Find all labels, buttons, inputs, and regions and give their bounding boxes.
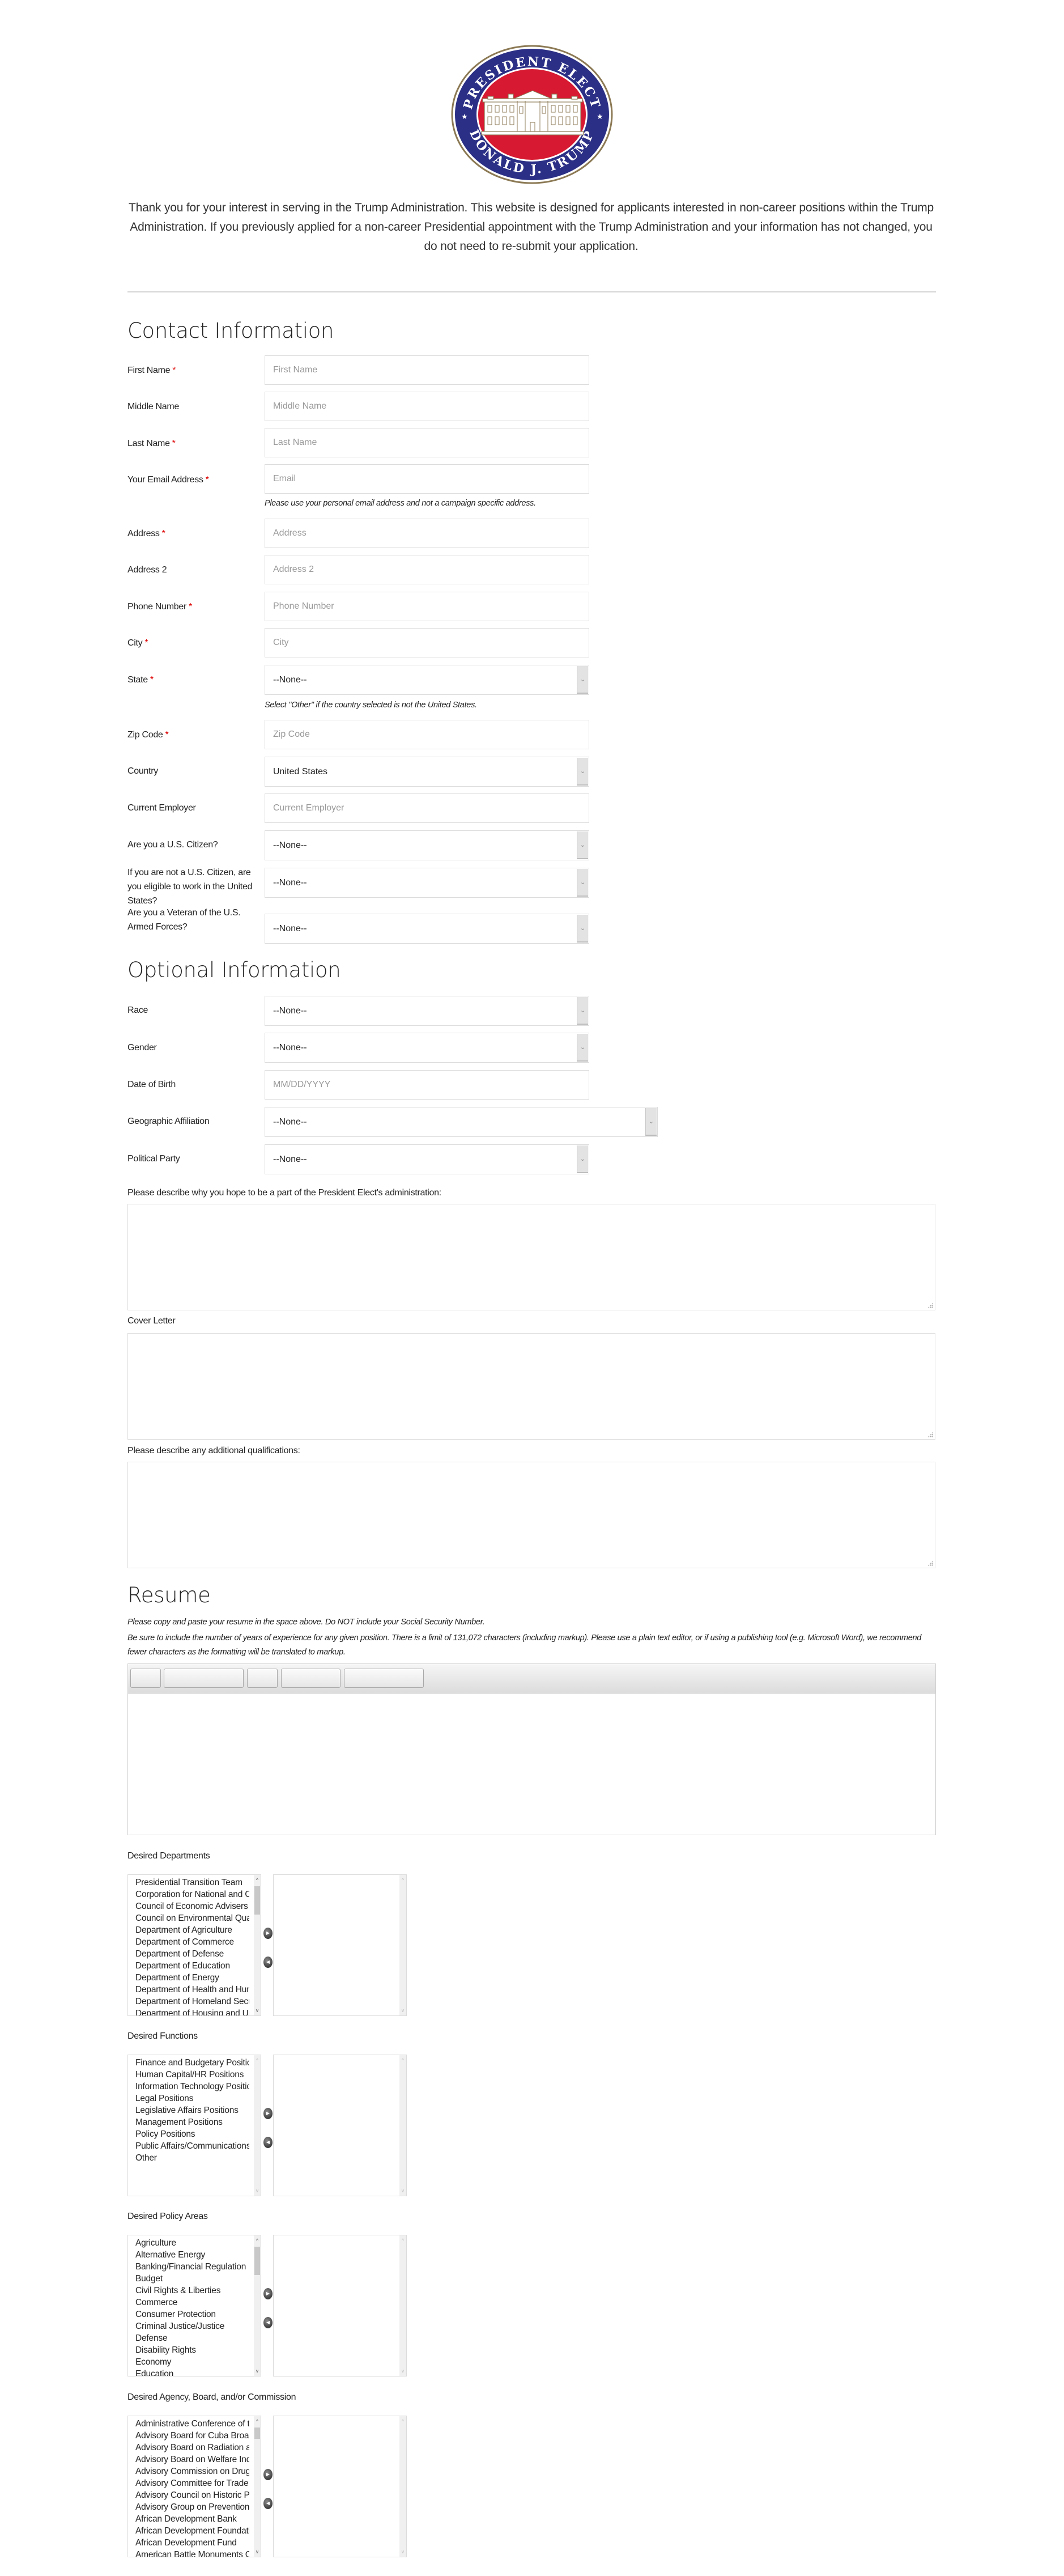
resume-note-ssn: Please copy and paste your resume in the… <box>127 1618 935 1627</box>
desired-functions-available-list[interactable]: Finance and Budgetary PositionsHuman Cap… <box>127 2055 261 2196</box>
country-label: Country <box>127 764 158 778</box>
list-option[interactable]: Policy Positions <box>135 2128 249 2140</box>
last-name-input[interactable]: Last Name <box>265 428 589 457</box>
scroll-down-icon[interactable]: v <box>254 2187 261 2195</box>
list-option[interactable]: Legislative Affairs Positions <box>135 2104 249 2116</box>
move-right-button[interactable]: ▶ <box>263 2288 273 2299</box>
president-elect-seal-logo: PRESIDENT ELECT DONALD J. TRUMP ★ ★ <box>450 44 614 185</box>
scrollbar[interactable]: ^v <box>399 2235 406 2376</box>
desired-policy-areas-available-list[interactable]: AgricultureAlternative EnergyBanking/Fin… <box>127 2235 261 2376</box>
desired-functions-selected-list[interactable]: ^v <box>273 2055 407 2196</box>
chevron-down-icon: ⌄ <box>577 997 588 1025</box>
country-select[interactable]: United States⌄ <box>265 757 589 787</box>
citizen-select[interactable]: --None--⌄ <box>265 830 589 860</box>
list-option[interactable]: Department of Housing and Urban Developm… <box>135 2008 249 2015</box>
desired-policy-areas-label: Desired Policy Areas <box>127 2209 208 2223</box>
list-option[interactable]: Department of Energy <box>135 1972 249 1984</box>
why-label: Please describe why you hope to be a par… <box>127 1186 441 1200</box>
list-option[interactable]: Human Capital/HR Positions <box>135 2069 249 2081</box>
list-option[interactable]: Civil Rights & Liberties <box>135 2285 249 2297</box>
state-hint: Select "Other" if the country selected i… <box>265 701 477 710</box>
list-option[interactable]: Commerce <box>135 2297 249 2308</box>
list-option[interactable]: Other <box>135 2152 249 2164</box>
desired-agency-board-and-or-commission-selected-list[interactable]: ^v <box>273 2416 407 2557</box>
scroll-up-icon[interactable]: ^ <box>254 2417 261 2425</box>
list-option[interactable]: Economy <box>135 2356 249 2368</box>
city-label: City* <box>127 636 148 650</box>
scroll-down-icon[interactable]: v <box>399 2006 406 2014</box>
race-label: Race <box>127 1003 148 1017</box>
list-option[interactable]: Department of Homeland Security <box>135 1996 249 2008</box>
list-option[interactable]: Advisory Council on Historic Preservatio… <box>135 2489 249 2501</box>
dob-input[interactable]: MM/DD/YYYY <box>265 1070 589 1100</box>
scrollbar[interactable]: ^v <box>399 1875 406 2015</box>
list-option[interactable]: Agriculture <box>135 2237 249 2249</box>
middle-name-label: Middle Name <box>127 400 179 414</box>
gender-label: Gender <box>127 1041 157 1055</box>
desired-policy-areas-selected-list[interactable]: ^v <box>273 2235 407 2376</box>
email-label: Your Email Address* <box>127 473 209 487</box>
editor-toolbar-button[interactable] <box>164 1669 244 1688</box>
scroll-up-icon[interactable]: ^ <box>254 2056 261 2064</box>
move-right-button[interactable]: ▶ <box>263 1928 273 1939</box>
state-label: State* <box>127 673 154 687</box>
scrollbar[interactable]: ^v <box>254 2055 261 2196</box>
qualifications-label: Please describe any additional qualifica… <box>127 1444 300 1458</box>
move-left-button[interactable]: ◀ <box>263 2137 273 2148</box>
scroll-thumb[interactable] <box>254 2247 260 2275</box>
middle-name-input[interactable]: Middle Name <box>265 392 589 421</box>
resume-rich-text-editor[interactable] <box>127 1663 936 1835</box>
move-left-button[interactable]: ◀ <box>263 2317 273 2328</box>
veteran-select[interactable]: --None--⌄ <box>265 914 589 944</box>
editor-toolbar-button[interactable] <box>130 1669 161 1688</box>
arrow-right-icon: ▶ <box>266 1931 270 1936</box>
move-right-button[interactable]: ▶ <box>263 2469 273 2480</box>
resize-grip-icon[interactable] <box>927 1302 933 1308</box>
city-input[interactable]: City <box>265 628 589 657</box>
resize-grip-icon[interactable] <box>927 1432 933 1437</box>
race-select[interactable]: --None--⌄ <box>265 996 589 1026</box>
scroll-thumb[interactable] <box>254 2428 260 2439</box>
list-option[interactable]: Public Affairs/Communications Positions <box>135 2140 249 2152</box>
scroll-down-icon[interactable]: v <box>399 2548 406 2556</box>
scroll-down-icon[interactable]: v <box>254 2006 261 2014</box>
svg-text:★: ★ <box>461 112 468 121</box>
chevron-down-icon: ⌄ <box>577 1034 588 1062</box>
desired-departments-selected-list[interactable]: ^v <box>273 1874 407 2016</box>
email-hint: Please use your personal email address a… <box>265 499 536 508</box>
scroll-up-icon[interactable]: ^ <box>254 2237 261 2244</box>
chevron-down-icon: ⌄ <box>577 869 588 897</box>
eligible-select[interactable]: --None--⌄ <box>265 868 589 898</box>
arrow-left-icon: ◀ <box>266 2320 270 2325</box>
list-option[interactable]: Alternative Energy <box>135 2249 249 2261</box>
address2-input[interactable]: Address 2 <box>265 555 589 584</box>
list-option[interactable]: Council on Environmental Quality <box>135 1912 249 1924</box>
veteran-label: Are you a Veteran of the U.S. Armed Forc… <box>127 906 255 934</box>
list-option[interactable]: Banking/Financial Regulation <box>135 2261 249 2273</box>
scroll-down-icon[interactable]: v <box>254 2548 261 2556</box>
scrollbar[interactable]: ^v <box>399 2416 406 2557</box>
editor-toolbar <box>128 1664 935 1694</box>
party-select[interactable]: --None--⌄ <box>265 1144 589 1174</box>
divider <box>127 291 936 292</box>
list-option[interactable]: African Development Foundation, Board of… <box>135 2525 249 2537</box>
scroll-up-icon[interactable]: ^ <box>399 2056 406 2064</box>
phone-label: Phone Number* <box>127 600 192 614</box>
list-option[interactable]: African Development Fund <box>135 2537 249 2549</box>
scrollbar[interactable]: ^v <box>254 2235 261 2376</box>
list-option[interactable]: Advisory Commission on Drug-Free Communi… <box>135 2465 249 2477</box>
editor-toolbar-button[interactable] <box>247 1669 278 1688</box>
arrow-right-icon: ▶ <box>266 2111 270 2116</box>
state-select[interactable]: --None--⌄ <box>265 665 589 695</box>
resize-grip-icon[interactable] <box>927 1560 933 1566</box>
move-left-button[interactable]: ◀ <box>263 1957 273 1968</box>
dob-label: Date of Birth <box>127 1077 176 1092</box>
list-option[interactable]: African Development Bank <box>135 2513 249 2525</box>
scrollbar[interactable]: ^v <box>254 1875 261 2015</box>
geo-label: Geographic Affiliation <box>127 1114 209 1128</box>
list-option[interactable]: Management Positions <box>135 2116 249 2128</box>
optional-section-title: Optional Information <box>127 958 341 982</box>
scrollbar[interactable]: ^v <box>254 2416 261 2557</box>
arrow-left-icon: ◀ <box>266 2140 270 2145</box>
cover-letter-label: Cover Letter <box>127 1314 175 1328</box>
list-option[interactable]: Department of Health and Human Services <box>135 1984 249 1996</box>
scroll-up-icon[interactable]: ^ <box>399 1876 406 1884</box>
list-option[interactable]: Department of Commerce <box>135 1936 249 1948</box>
list-option[interactable]: Disability Rights <box>135 2344 249 2356</box>
contact-section-title: Contact Information <box>127 319 334 343</box>
desired-departments-label: Desired Departments <box>127 1849 210 1863</box>
qualifications-textarea[interactable] <box>127 1462 935 1568</box>
list-option[interactable]: Defense <box>135 2332 249 2344</box>
last-name-label: Last Name* <box>127 436 176 451</box>
list-option[interactable]: Department of Education <box>135 1960 249 1972</box>
resume-note-limit: Be sure to include the number of years o… <box>127 1631 935 1660</box>
chevron-down-icon: ⌄ <box>577 1145 588 1173</box>
scroll-up-icon[interactable]: ^ <box>254 1876 261 1884</box>
citizen-label: Are you a U.S. Citizen? <box>127 838 218 852</box>
list-option[interactable]: Advisory Group on Prevention, Health Pro… <box>135 2501 249 2513</box>
chevron-down-icon: ⌄ <box>577 915 588 943</box>
chevron-down-icon: ⌄ <box>577 666 588 694</box>
scroll-up-icon[interactable]: ^ <box>399 2237 406 2244</box>
scroll-down-icon[interactable]: v <box>399 2187 406 2195</box>
desired-departments-available-list[interactable]: Presidential Transition TeamCorporation … <box>127 1874 261 2016</box>
chevron-down-icon: ⌄ <box>577 758 588 786</box>
employer-label: Current Employer <box>127 801 196 815</box>
list-option[interactable]: Finance and Budgetary Positions <box>135 2057 249 2069</box>
arrow-left-icon: ◀ <box>266 2501 270 2506</box>
list-option[interactable]: American Battle Monuments Commission <box>135 2549 249 2557</box>
arrow-right-icon: ▶ <box>266 2472 270 2477</box>
phone-input[interactable]: Phone Number <box>265 592 589 621</box>
list-option[interactable]: Advisory Board on Radiation and Worker H… <box>135 2442 249 2454</box>
chevron-down-icon: ⌄ <box>577 831 588 859</box>
email-input[interactable]: Email <box>265 464 589 494</box>
svg-text:★: ★ <box>597 112 603 121</box>
list-option[interactable]: Council of Economic Advisers <box>135 1900 249 1912</box>
address-input[interactable]: Address <box>265 519 589 548</box>
list-option[interactable]: Information Technology Positions <box>135 2081 249 2093</box>
scroll-down-icon[interactable]: v <box>399 2367 406 2375</box>
eligible-label: If you are not a U.S. Citizen, are you e… <box>127 865 255 908</box>
list-option[interactable]: Advisory Board for Cuba Broadcasting <box>135 2430 249 2442</box>
geo-select[interactable]: --None--⌄ <box>265 1107 658 1137</box>
first-name-label: First Name* <box>127 363 176 377</box>
scroll-thumb[interactable] <box>254 1886 260 1915</box>
cover-letter-textarea[interactable] <box>127 1333 935 1440</box>
address-label: Address* <box>127 527 165 541</box>
list-option[interactable]: Advisory Board on Welfare Indicators <box>135 2454 249 2465</box>
list-option[interactable]: Department of Defense <box>135 1948 249 1960</box>
scrollbar[interactable]: ^v <box>399 2055 406 2196</box>
scroll-down-icon[interactable]: v <box>254 2367 261 2375</box>
list-option[interactable]: Budget <box>135 2273 249 2285</box>
gender-select[interactable]: --None--⌄ <box>265 1033 589 1063</box>
chevron-down-icon: ⌄ <box>645 1108 657 1136</box>
arrow-right-icon: ▶ <box>266 2291 270 2296</box>
list-option[interactable]: Consumer Protection <box>135 2308 249 2320</box>
list-option[interactable]: Corporation for National and Community S… <box>135 1888 249 1900</box>
list-option[interactable]: Department of Agriculture <box>135 1924 249 1936</box>
list-option[interactable]: Administrative Conference of the United … <box>135 2418 249 2430</box>
scroll-up-icon[interactable]: ^ <box>399 2417 406 2425</box>
editor-toolbar-button[interactable] <box>281 1669 341 1688</box>
desired-agency-board-and-or-commission-label: Desired Agency, Board, and/or Commission <box>127 2390 296 2404</box>
zip-label: Zip Code* <box>127 728 168 742</box>
desired-functions-label: Desired Functions <box>127 2029 198 2043</box>
party-label: Political Party <box>127 1152 180 1166</box>
list-option[interactable]: Criminal Justice/Justice <box>135 2320 249 2332</box>
why-textarea[interactable] <box>127 1204 935 1310</box>
move-right-button[interactable]: ▶ <box>263 2108 273 2119</box>
editor-toolbar-button[interactable] <box>344 1669 424 1688</box>
list-option[interactable]: Education <box>135 2368 249 2376</box>
list-option[interactable]: Advisory Committee for Trade Policy and … <box>135 2477 249 2489</box>
move-left-button[interactable]: ◀ <box>263 2498 273 2509</box>
intro-text: Thank you for your interest in serving i… <box>127 198 935 256</box>
first-name-input[interactable]: First Name <box>265 355 589 385</box>
resume-section-title: Resume <box>127 1583 211 1607</box>
arrow-left-icon: ◀ <box>266 1960 270 1964</box>
employer-input[interactable]: Current Employer <box>265 793 589 823</box>
zip-input[interactable]: Zip Code <box>265 720 589 749</box>
desired-agency-board-and-or-commission-available-list[interactable]: Administrative Conference of the United … <box>127 2416 261 2557</box>
list-option[interactable]: Legal Positions <box>135 2093 249 2104</box>
address2-label: Address 2 <box>127 563 167 577</box>
list-option[interactable]: Presidential Transition Team <box>135 1877 249 1888</box>
